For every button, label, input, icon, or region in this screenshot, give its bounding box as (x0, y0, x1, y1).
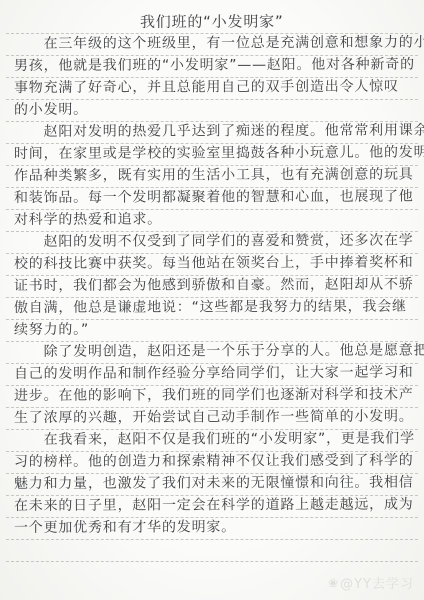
essay-line: 在我看来，赵阳不仅是我们班的“小发明家”，更是我们学 (6, 430, 418, 452)
essay-line: 续努力的。” (6, 320, 418, 342)
essay-line-text: 在我看来，赵阳不仅是我们班的“小发明家”，更是我们学 (6, 430, 415, 451)
essay-title: 我们班的“小发明家” (140, 12, 284, 33)
empty-ruled-line (6, 540, 418, 562)
essay-line: 对科学的热爱和追求。 (6, 210, 418, 232)
essay-line: 自己的发明作品和制作经验分享给同学们，让大家一起学习和 (6, 364, 418, 386)
essay-line: 事物充满了好奇心，并且总能用自己的双手创造出令人惊叹 (6, 78, 418, 100)
essay-line-text: 一个更加优秀和有才华的发明家。 (6, 518, 236, 539)
essay-line-text: 校的科技比赛中获奖。每当他站在领奖台上，手中捧着奖杯和 (6, 254, 414, 275)
essay-line: 魅力和力量，也激发了我们对未来的无限憧憬和向往。我相信 (6, 474, 418, 496)
essay-line: 赵阳对发明的热爱几乎达到了痴迷的程度。他常常利用课余 (6, 122, 418, 144)
essay-line: 在三年级的这个班级里，有一位总是充满创意和想象力的小 (6, 34, 418, 56)
essay-line-text: 男孩，他就是我们班的“小发明家”——赵阳。他对各种新奇的 (6, 56, 415, 77)
essay-title-row: 我们班的“小发明家” (6, 8, 418, 34)
essay-line-text: 赵阳的发明不仅受到了同学们的喜爱和赞赏，还多次在学 (6, 232, 414, 253)
essay-line-text: 生了浓厚的兴趣，开始尝试自己动手制作一些简单的小发明。 (6, 408, 414, 429)
essay-line-text: 除了发明创造，赵阳还是一个乐于分享的人。他总是愿意把 (6, 342, 424, 363)
essay-line-text: 魅力和力量，也激发了我们对未来的无限憧憬和向往。我相信 (6, 474, 414, 495)
essay-line: 一个更加优秀和有才华的发明家。 (6, 518, 418, 540)
essay-line-text: 的小发明。 (6, 101, 88, 121)
essay-line: 的小发明。 (6, 100, 418, 122)
essay-line-text: 自己的发明作品和制作经验分享给同学们，让大家一起学习和 (6, 364, 414, 385)
essay-line: 在未来的日子里，赵阳一定会在科学的道路上越走越远，成为 (6, 496, 418, 518)
essay-line: 傲自满，他总是谦虚地说：“这些都是我努力的结果，我会继 (6, 298, 418, 320)
essay-line: 习的榜样。他的创造力和探索精神不仅让我们感受到了科学的 (6, 452, 418, 474)
essay-line: 男孩，他就是我们班的“小发明家”——赵阳。他对各种新奇的 (6, 56, 418, 78)
essay-line: 校的科技比赛中获奖。每当他站在领奖台上，手中捧着奖杯和 (6, 254, 418, 276)
essay-line: 和装饰品。每一个发明都凝聚着他的智慧和心血，也展现了他 (6, 188, 418, 210)
watermark: ❀ @YY去学习 (328, 573, 414, 592)
essay-line-text: 对科学的热爱和追求。 (6, 210, 162, 231)
essay-line-text: 进步。在他的影响下，我们班的同学们也逐渐对科学和技术产 (6, 386, 414, 407)
essay-line: 除了发明创造，赵阳还是一个乐于分享的人。他总是愿意把 (6, 342, 418, 364)
essay-line-text: 在未来的日子里，赵阳一定会在科学的道路上越走越远，成为 (6, 496, 414, 517)
essay-line: 赵阳的发明不仅受到了同学们的喜爱和赞赏，还多次在学 (6, 232, 418, 254)
essay-line-text: 赵阳对发明的热爱几乎达到了痴迷的程度。他常常利用课余 (6, 122, 424, 143)
watermark-text: @YY去学习 (340, 573, 414, 592)
essay-line: 生了浓厚的兴趣，开始尝试自己动手制作一些简单的小发明。 (6, 408, 418, 430)
essay-line: 时间，在家里或是学校的实验室里捣鼓各种小玩意儿。他的发明 (6, 144, 418, 166)
essay-line-text: 作品种类繁多，既有实用的生活小工具，也有充满创意的玩具 (6, 166, 414, 187)
essay-line-text: 习的榜样。他的创造力和探索精神不仅让我们感受到了科学的 (6, 452, 414, 473)
essay-line-text: 时间，在家里或是学校的实验室里捣鼓各种小玩意儿。他的发明 (6, 144, 424, 165)
essay-line-text: 傲自满，他总是谦虚地说：“这些都是我努力的结果，我会继 (6, 298, 407, 319)
essay-line-text: 事物充满了好奇心，并且总能用自己的双手创造出令人惊叹 (6, 78, 399, 99)
essay-line: 作品种类繁多，既有实用的生活小工具，也有充满创意的玩具 (6, 166, 418, 188)
essay-line-text: 和装饰品。每一个发明都凝聚着他的智慧和心血，也展现了他 (6, 188, 414, 209)
essay-line-text: 在三年级的这个班级里，有一位总是充满创意和想象力的小 (6, 34, 424, 55)
handwritten-essay-page: 我们班的“小发明家” 在三年级的这个班级里，有一位总是充满创意和想象力的小 男孩… (0, 0, 424, 600)
essay-line-text: 续努力的。” (6, 321, 89, 341)
flower-icon: ❀ (328, 576, 339, 590)
essay-line-text: 证书时，我们都会为他感到骄傲和自豪。然而，赵阳却从不骄 (6, 276, 414, 297)
essay-line: 证书时，我们都会为他感到骄傲和自豪。然而，赵阳却从不骄 (6, 276, 418, 298)
essay-line: 进步。在他的影响下，我们班的同学们也逐渐对科学和技术产 (6, 386, 418, 408)
